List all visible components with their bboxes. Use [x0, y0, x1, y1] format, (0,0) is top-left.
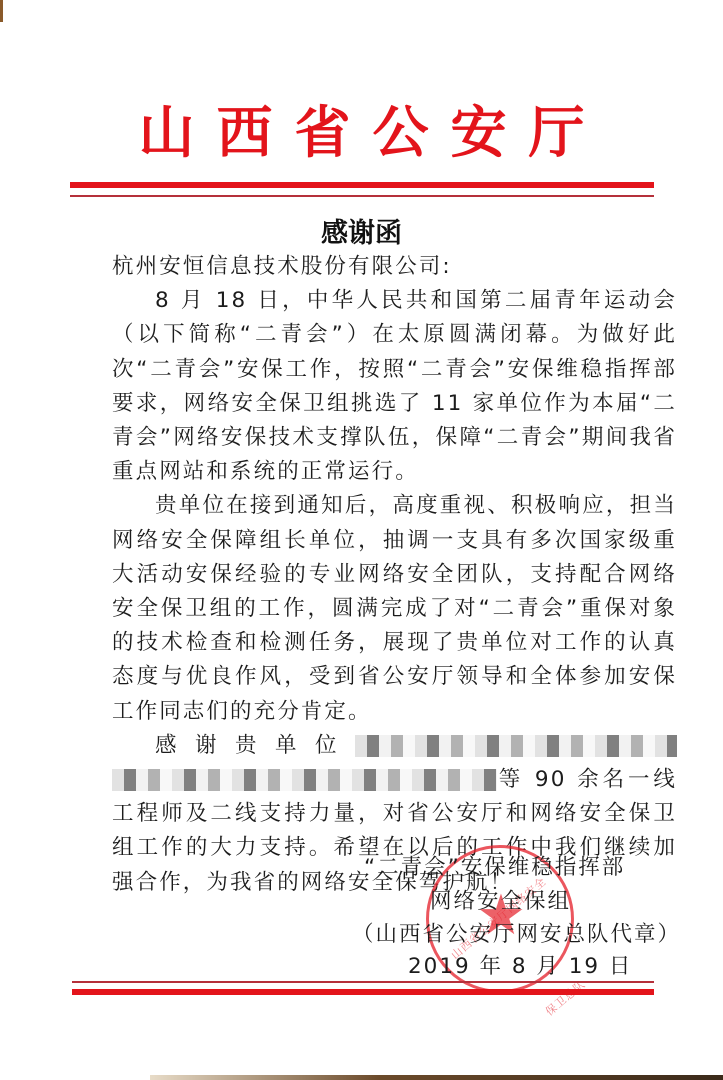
letter-body: 杭州安恒信息技术股份有限公司: 8 月 18 日，中华人民共和国第二届青年运动会…	[112, 250, 677, 900]
signature-line-2: 网络安全保组	[430, 887, 571, 917]
letterhead-issuer: 山西省公安厅	[0, 98, 723, 168]
salutation: 杭州安恒信息技术股份有限公司:	[112, 250, 677, 284]
redacted-block-2	[112, 769, 497, 791]
footer-rule-thick	[72, 989, 654, 995]
paper-edge-top	[0, 0, 3, 22]
paragraph-1: 8 月 18 日，中华人民共和国第二届青年运动会（以下简称“二青会”）在太原圆满…	[112, 284, 677, 489]
thanks-prefix: 感谢贵单位	[155, 733, 355, 758]
paragraph-2: 贵单位在接到通知后，高度重视、积极响应，担当网络安全保障组长单位，抽调一支具有多…	[112, 489, 677, 728]
paper-edge-bottom	[150, 1075, 723, 1080]
header-rule-thick	[70, 182, 654, 188]
footer-rule-thin	[72, 981, 654, 983]
document-title: 感谢函	[0, 216, 723, 252]
header-rule-thin	[70, 195, 654, 197]
signature-line-3: （山西省公安厅网安总队代章）	[352, 920, 681, 950]
signature-date: 2019 年 8 月 19 日	[408, 952, 632, 982]
redacted-block	[355, 735, 677, 757]
signature-line-1: “二青会”安保维稳指挥部	[364, 853, 625, 883]
